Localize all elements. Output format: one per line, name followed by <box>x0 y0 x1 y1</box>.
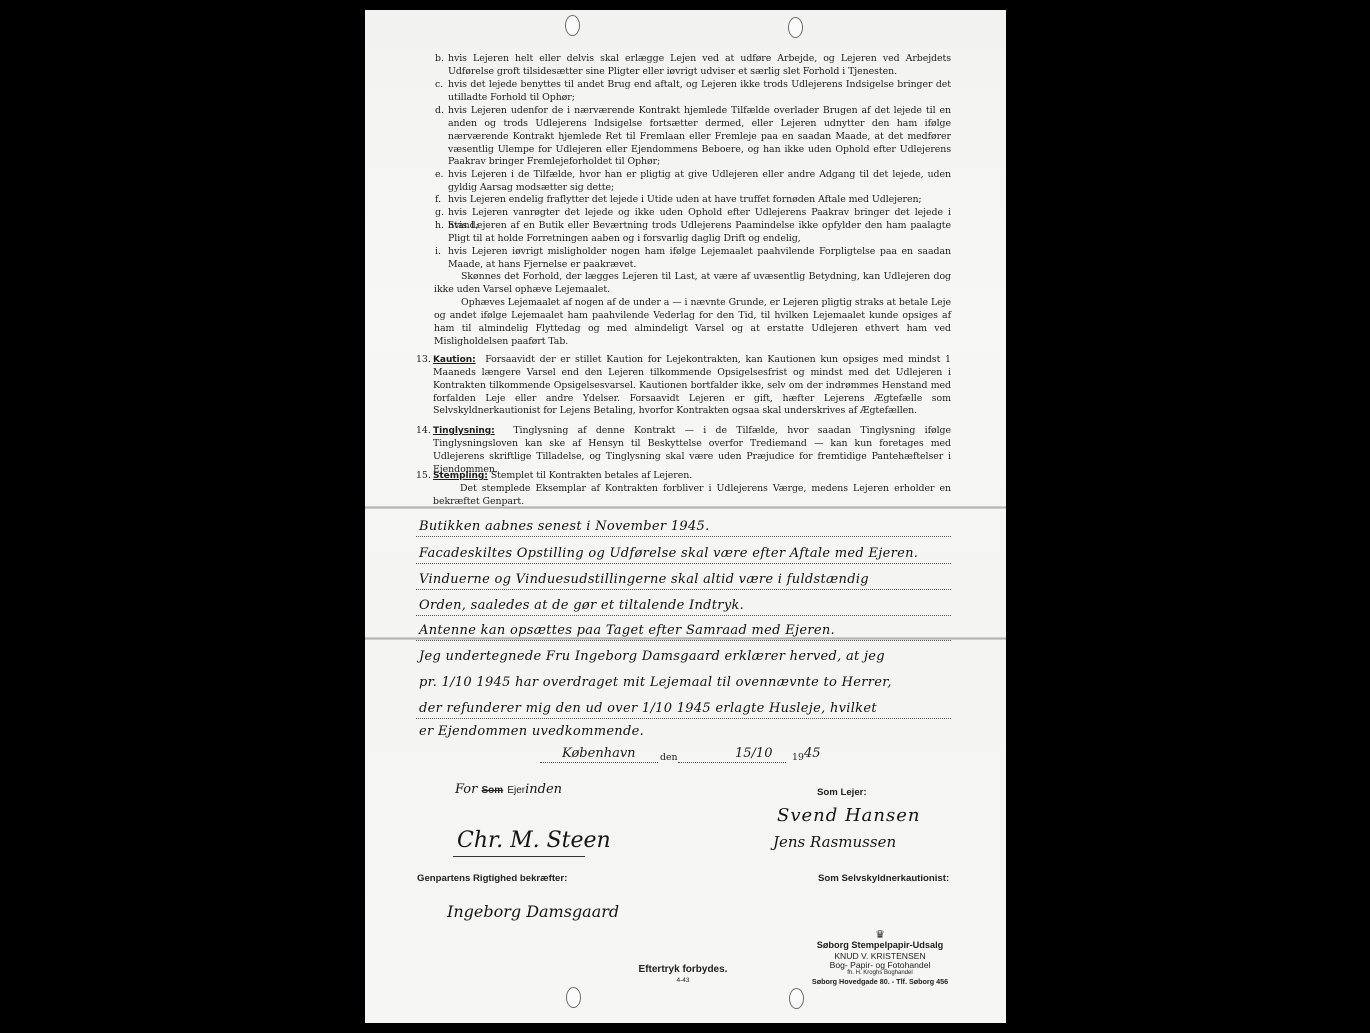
reprint-notice: Eftertryk forbydes. 4-43 <box>623 964 743 984</box>
crown-icon: ♛ <box>790 930 970 940</box>
date-line: København den 15/10 19 45 <box>540 745 840 763</box>
section-heading: Stempling: <box>433 471 488 481</box>
handwritten-line: Antenne kan opsættes paa Taget efter Sam… <box>416 616 951 641</box>
list-item: b.hvis Lejeren helt eller delvis skal er… <box>435 53 951 79</box>
date-day: 15/10 <box>735 746 772 761</box>
list-item: i.hvis Lejeren iøvrigt misligholder noge… <box>435 246 951 272</box>
section-heading: Tinglysning: <box>433 426 495 436</box>
paragraph: Ophæves Lejemaalet af nogen af de under … <box>434 297 951 348</box>
handwritten-line: der refunderer mig den ud over 1/10 1945… <box>416 694 951 719</box>
date-year: 45 <box>804 746 821 761</box>
handwritten-line: Orden, saaledes at de gør et tiltalende … <box>416 591 951 616</box>
list-item: h.hvis Lejeren af en Butik eller Beværtn… <box>435 220 951 246</box>
section-stempling: 15. Stempling: Stemplet til Kontrakten b… <box>416 470 951 509</box>
list-item: d.hvis Lejeren udenfor de i nærværende K… <box>435 105 951 169</box>
punch-hole <box>789 988 804 1009</box>
copy-signature: Ingeborg Damsgaard <box>447 902 619 921</box>
punch-hole <box>565 15 580 36</box>
date-place: København <box>562 746 636 761</box>
section-heading: Kaution: <box>433 355 476 365</box>
guarantor-label: Som Selvskyldnerkautionist: <box>818 873 949 884</box>
handwritten-line: Jeg undertegnede Fru Ingeborg Damsgaard … <box>416 642 951 666</box>
tenant-label: Som Lejer: <box>817 787 867 798</box>
publisher-imprint: ♛ Søborg Stempelpapir-Udsalg KNUD V. KRI… <box>790 930 970 987</box>
punch-hole <box>788 17 803 38</box>
paragraph: Skønnes det Forhold, der lægges Lejeren … <box>434 271 951 297</box>
list-item: e.hvis Lejeren i de Tilfælde, hvor han e… <box>435 169 951 195</box>
handwritten-line: Vinduerne og Vinduesudstillingerne skal … <box>416 565 951 590</box>
document-page: b.hvis Lejeren helt eller delvis skal er… <box>365 10 1006 1023</box>
handwritten-line: Facadeskiltes Opstilling og Udførelse sk… <box>416 539 951 564</box>
section-kaution: 13. Kaution: Forsaavidt der er stillet K… <box>416 354 951 418</box>
tenant-signature: Svend Hansen <box>777 805 921 826</box>
copy-confirmation-label: Genpartens Rigtighed bekræfter: <box>417 873 567 884</box>
list-item: f.hvis Lejeren endelig fraflytter det le… <box>435 194 951 207</box>
handwritten-line: Butikken aabnes senest i November 1945. <box>416 512 951 537</box>
punch-hole <box>566 987 581 1008</box>
tenant-signature: Jens Rasmussen <box>773 833 896 851</box>
section-tinglysning: 14. Tinglysning: Tinglysning af denne Ko… <box>416 425 951 476</box>
list-item: c.hvis det lejede benyttes til andet Bru… <box>435 79 951 105</box>
handwritten-line: er Ejendommen uvedkommende. <box>416 717 951 741</box>
handwritten-line: pr. 1/10 1945 har overdraget mit Lejemaa… <box>416 668 951 692</box>
owner-signature: Chr. M. Steen <box>457 828 611 853</box>
